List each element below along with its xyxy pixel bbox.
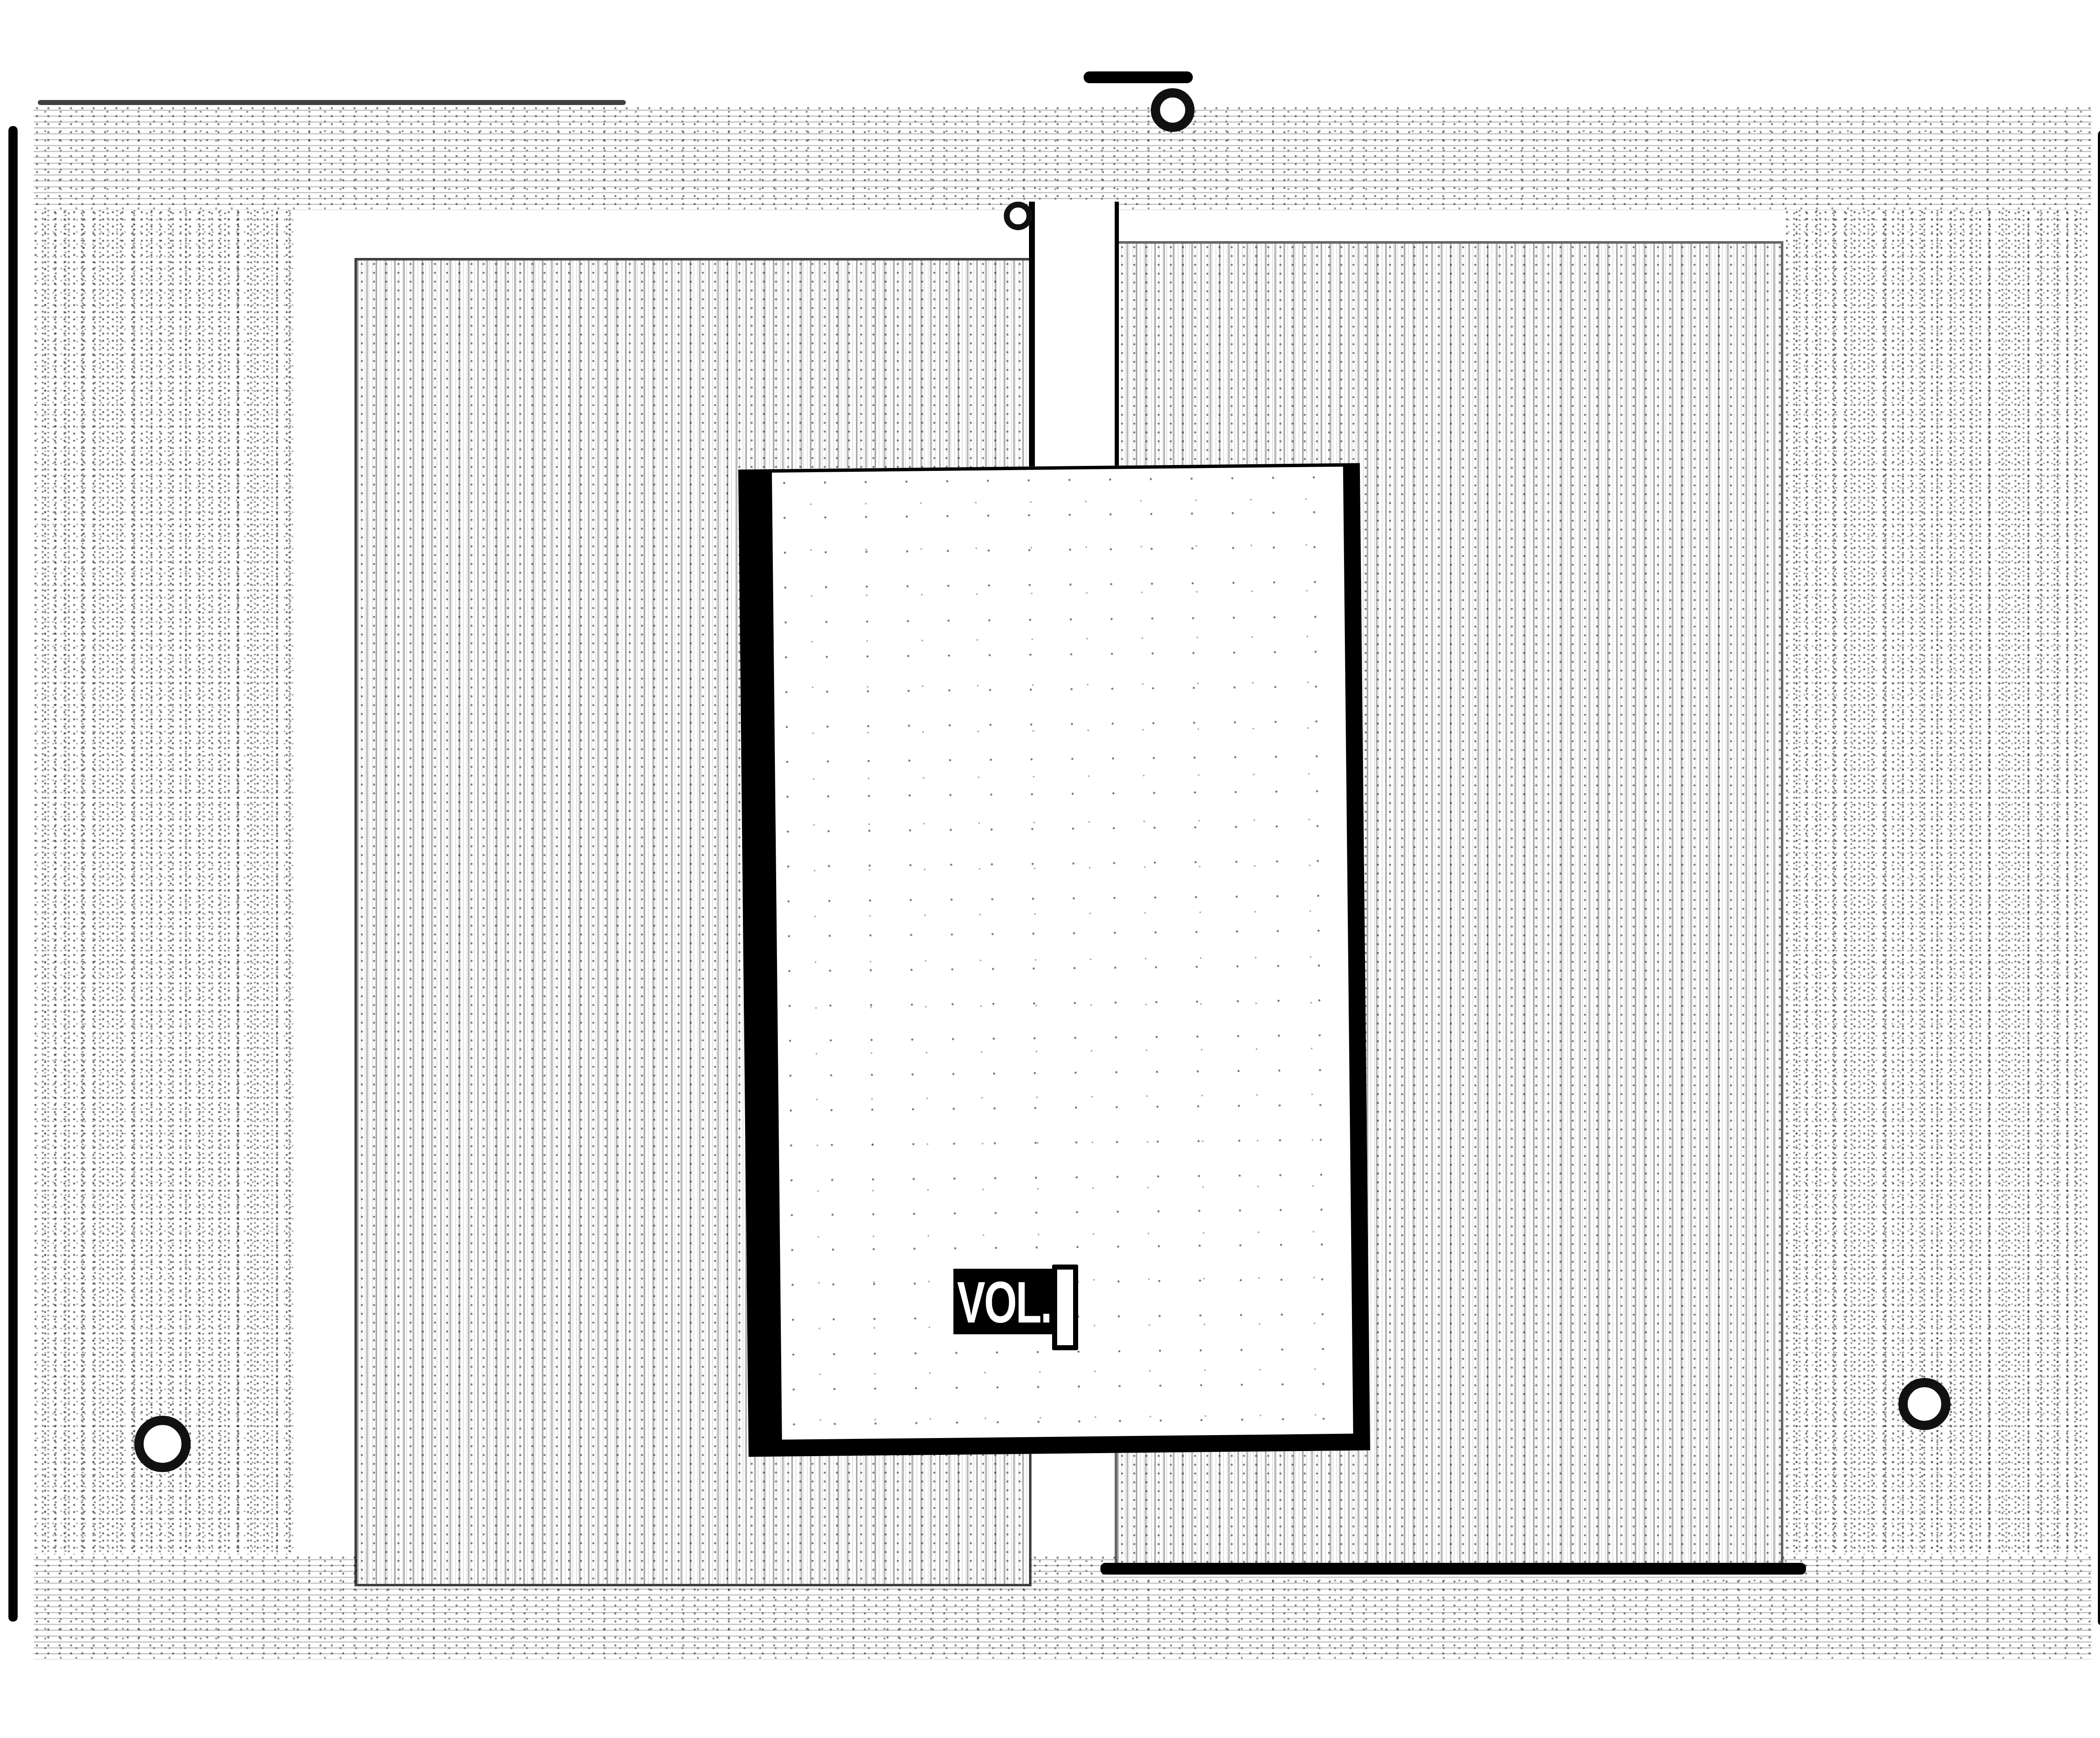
- center-seam: [1029, 202, 1119, 471]
- top-edge-shadow: [38, 100, 626, 105]
- top-pin-hole-icon: [1151, 88, 1194, 132]
- right-edge-shadow: [2098, 130, 2100, 1626]
- frame-top-rail: [34, 105, 2092, 210]
- bottom-hinge-rail: [1100, 1563, 1806, 1575]
- top-clasp: [1084, 71, 1193, 83]
- center-pin-hole-icon: [1004, 202, 1032, 230]
- volume-prefix: VOL.: [953, 1269, 1055, 1334]
- bottom-right-pin-hole-icon: [1898, 1378, 1950, 1430]
- frame-left-stile: [34, 210, 294, 1554]
- volume-number: I: [1052, 1265, 1078, 1350]
- scanned-book-box-cover: VOL. I: [0, 0, 2100, 1738]
- bottom-left-pin-hole-icon: [134, 1416, 191, 1472]
- frame-right-stile: [1785, 210, 2087, 1554]
- left-edge-shadow: [8, 126, 18, 1622]
